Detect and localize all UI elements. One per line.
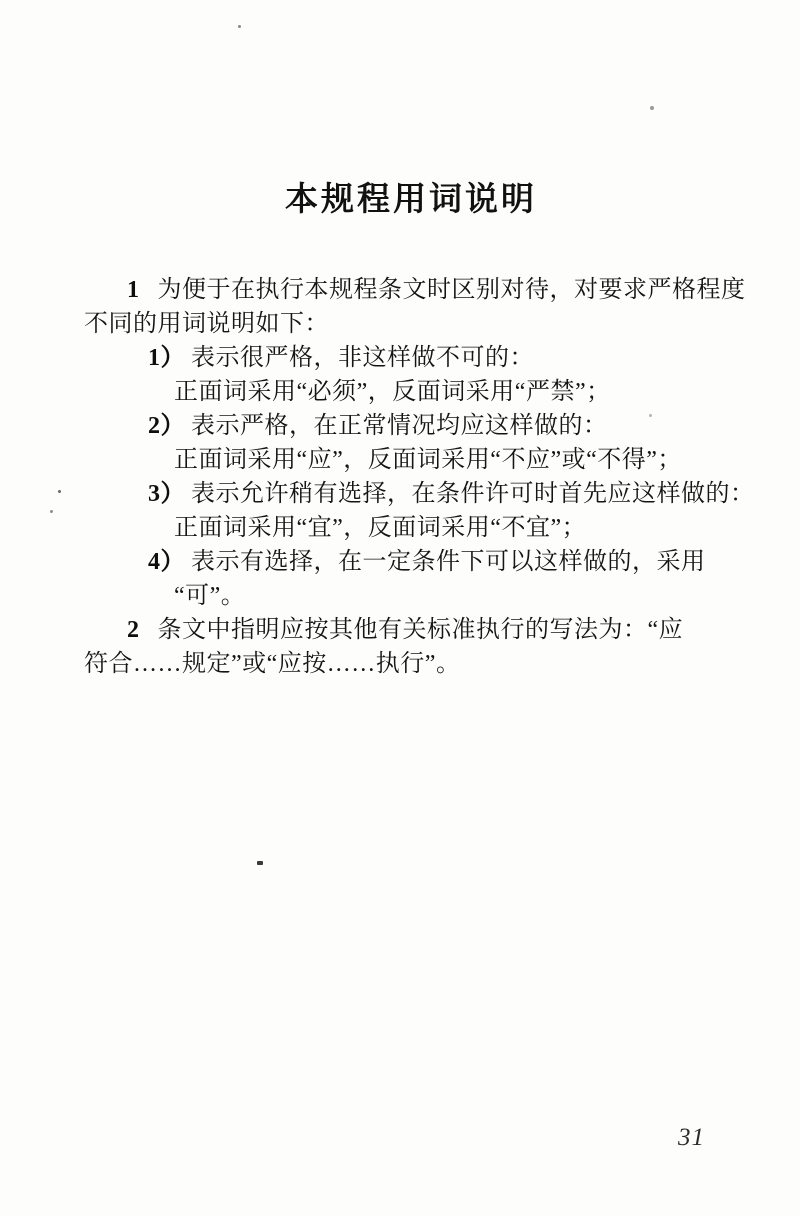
- scanned-document-page: 本规程用词说明 1为便于在执行本规程条文时区别对待，对要求严格程度 不同的用词说…: [0, 0, 800, 1216]
- item3-line2: 正面词采用“宜”，反面词采用“不宜”；: [174, 513, 586, 543]
- item3-number: 3）: [148, 481, 185, 507]
- item4-line2: “可”。: [174, 581, 245, 611]
- para1-line1: 1为便于在执行本规程条文时区别对待，对要求严格程度: [127, 275, 746, 305]
- page-number: 31: [678, 1124, 705, 1152]
- para2-text: 条文中指明应按其他有关标准执行的写法为：“应: [158, 617, 684, 643]
- item1-number: 1）: [148, 345, 185, 371]
- item2-text: 表示严格，在正常情况均应这样做的：: [191, 413, 608, 439]
- para1-number: 1: [127, 277, 140, 303]
- scan-speck: [257, 861, 263, 865]
- item3-text: 表示允许稍有选择，在条件许可时首先应这样做的：: [191, 481, 755, 507]
- para2-line1: 2条文中指明应按其他有关标准执行的写法为：“应: [127, 615, 683, 645]
- para1-line2: 不同的用词说明如下：: [84, 309, 329, 339]
- scan-speck: [238, 25, 241, 28]
- scan-speck: [58, 490, 61, 493]
- item2-line2: 正面词采用“应”，反面词采用“不应”或“不得”；: [174, 445, 682, 475]
- item1-line2: 正面词采用“必须”，反面词采用“严禁”；: [174, 377, 611, 407]
- para2-line2: 符合……规定”或“应按……执行”。: [84, 649, 460, 679]
- item3-line1: 3）表示允许稍有选择，在条件许可时首先应这样做的：: [148, 479, 755, 509]
- item4-number: 4）: [148, 549, 185, 575]
- item1-line1: 1）表示很严格，非这样做不可的：: [148, 343, 534, 373]
- item4-text: 表示有选择，在一定条件下可以这样做的，采用: [191, 549, 706, 575]
- item2-number: 2）: [148, 413, 185, 439]
- item4-line1: 4）表示有选择，在一定条件下可以这样做的，采用: [148, 547, 706, 577]
- scan-speck: [650, 106, 654, 110]
- scan-speck: [50, 510, 53, 513]
- item2-line1: 2）表示严格，在正常情况均应这样做的：: [148, 411, 608, 441]
- para1-text: 为便于在执行本规程条文时区别对待，对要求严格程度: [158, 277, 746, 303]
- scan-speck: [649, 414, 652, 417]
- page-title: 本规程用词说明: [0, 181, 800, 219]
- item1-text: 表示很严格，非这样做不可的：: [191, 345, 534, 371]
- para2-number: 2: [127, 617, 140, 643]
